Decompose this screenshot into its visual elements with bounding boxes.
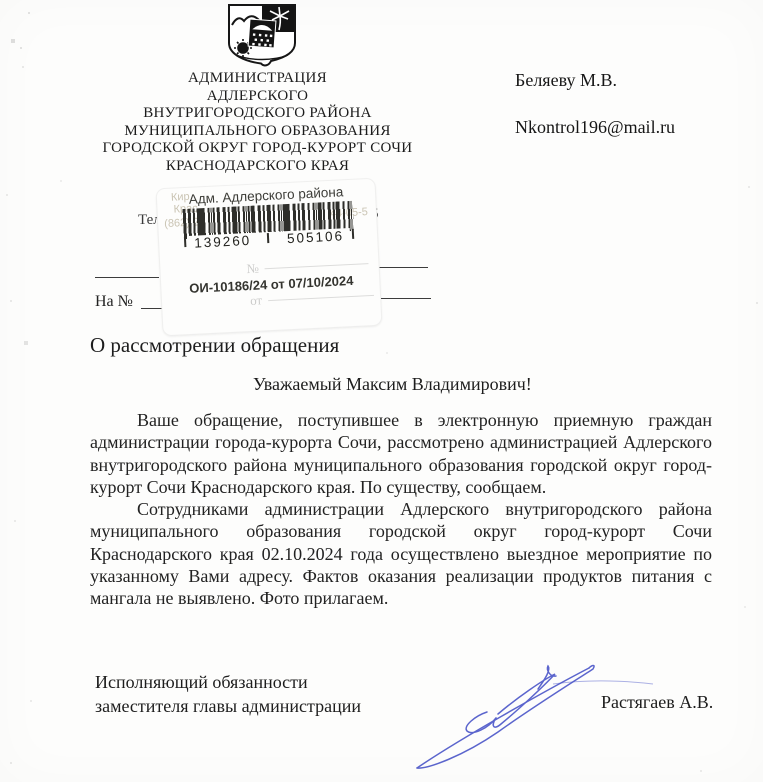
barcode-guard-bar [267, 233, 269, 243]
org-line: КРАСНОДАРСКОГО КРАЯ [85, 158, 430, 176]
salutation: Уважаемый Максим Владимирович! [253, 374, 532, 395]
recipient-name: Беляеву М.В. [515, 70, 675, 90]
barcode-guard-bar [352, 229, 354, 239]
barcode-guard-bar [184, 237, 186, 247]
body-paragraph-1: Ваше обращение, поступившее в электронну… [90, 409, 712, 498]
recipient-block: Беляеву М.В. Nkontrol196@mail.ru [515, 70, 675, 137]
letter-subject: О рассмотрении обращения [90, 333, 339, 358]
org-line: МУНИЦИПАЛЬНОГО ОБРАЗОВАНИЯ [85, 123, 430, 141]
handwritten-signature-ink [403, 652, 665, 778]
reply-ref-label: На № [95, 293, 133, 311]
covered-ref-rule [265, 263, 369, 269]
org-line: АДЛЕРСКОГО [85, 88, 430, 106]
barcode: 139260 505106 ОИ-10186/24 от 07/10/2024 [183, 201, 355, 257]
recipient-email: Nkontrol196@mail.ru [515, 117, 675, 137]
org-line: АДМИНИСТРАЦИЯ [85, 70, 430, 88]
signer-position-line2: заместителя главы администрации [95, 695, 361, 719]
ref-number-line-left [95, 277, 159, 278]
barcode-digits-right: 505106 [287, 228, 345, 244]
signer-name: Растягаев А.В. [601, 692, 713, 713]
sochi-coat-of-arms-icon [226, 3, 298, 67]
signer-position-line1: Исполняющий обязанности [95, 671, 361, 695]
letterhead-org-name: АДМИНИСТРАЦИЯ АДЛЕРСКОГО ВНУТРИГОРОДСКОГ… [85, 70, 430, 176]
covered-ref-rule [268, 295, 374, 301]
scan-noise [0, 0, 2, 2]
covered-ref-ot-label: от [250, 292, 263, 309]
scanned-letter-page: АДМИНИСТРАЦИЯ АДЛЕРСКОГО ВНУТРИГОРОДСКОГ… [0, 0, 763, 782]
ref-number-line-right [377, 267, 428, 268]
reply-ref-line-right [378, 298, 431, 299]
org-line: ГОРОДСКОЙ ОКРУГ ГОРОД-КУРОРТ СОЧИ [85, 140, 430, 158]
signer-position: Исполняющий обязанности заместителя глав… [95, 671, 361, 718]
org-line: ВНУТРИГОРОДСКОГО РАЙОНА [85, 105, 430, 123]
body-paragraph-2: Сотрудниками администрации Адлерского вн… [90, 498, 712, 609]
sticker-ref-number: ОИ-10186/24 от 07/10/2024 [186, 273, 357, 296]
letter-body: Ваше обращение, поступившее в электронну… [90, 409, 712, 610]
barcode-digits-left: 139260 [194, 233, 252, 249]
registration-barcode-sticker: Кир Крас (862) 24 44-05-5 № от Адм. Адле… [156, 178, 383, 337]
covered-ref-no-label: № [246, 261, 259, 278]
